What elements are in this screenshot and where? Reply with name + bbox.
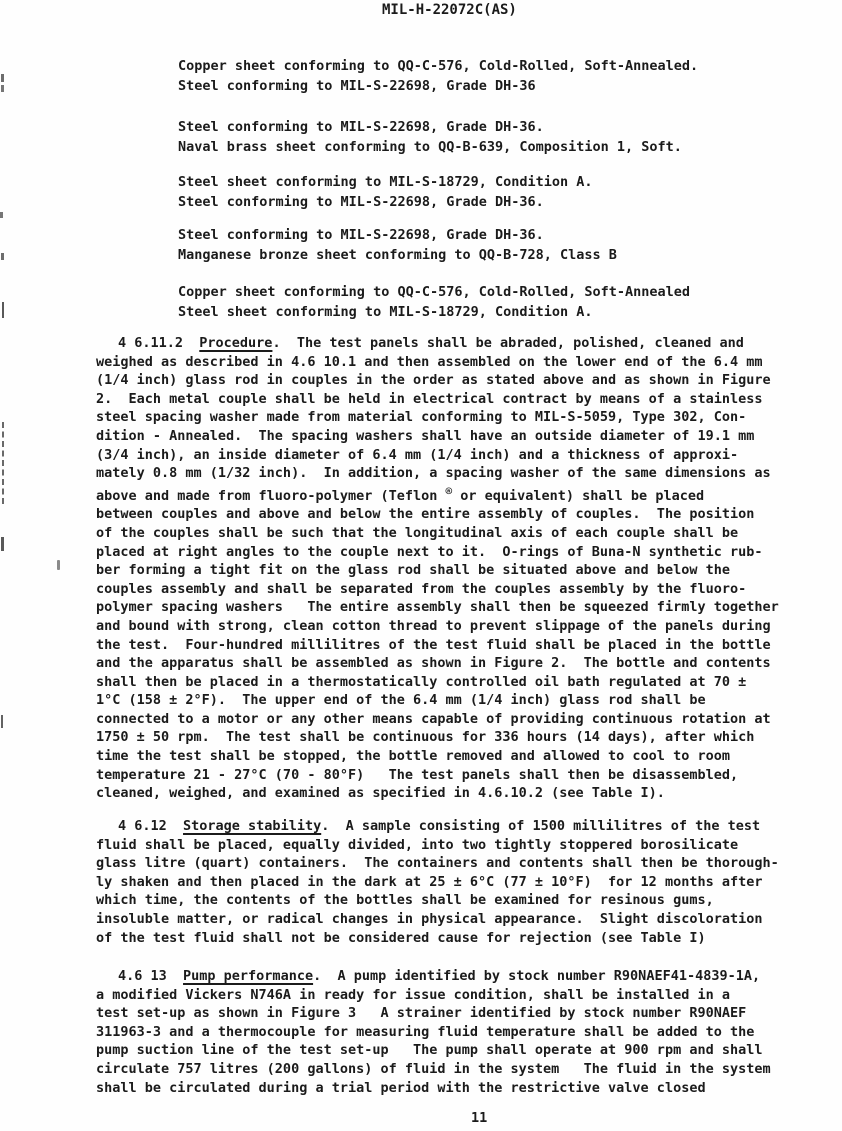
section-body: . A sample consisting of 1500 millilitre… [96, 818, 779, 946]
document-number-header: MIL-H-22072C(AS) [382, 2, 517, 18]
section-number: 4 6.12 [118, 818, 183, 834]
scan-artifact [1, 74, 4, 82]
scan-artifact [2, 422, 4, 504]
scan-artifact [1, 85, 4, 92]
material-line: Copper sheet conforming to QQ-C-576, Col… [178, 57, 698, 77]
section-title: Storage stability [183, 818, 321, 834]
material-line: Steel sheet conforming to MIL-S-18729, C… [178, 173, 593, 193]
section-number: 4.6 13 [118, 968, 183, 984]
section-storage-stability-paragraph: 4 6.12 Storage stability. A sample consi… [96, 817, 796, 947]
material-line: Steel conforming to MIL-S-22698, Grade D… [178, 193, 593, 213]
scan-artifact [57, 560, 60, 570]
material-line: Steel conforming to MIL-S-22698, Grade D… [178, 77, 698, 97]
document-page: MIL-H-22072C(AS) Copper sheet conforming… [0, 0, 842, 1131]
material-line: Manganese bronze sheet conforming to QQ-… [178, 246, 617, 266]
section-pump-performance-paragraph: 4.6 13 Pump performance. A pump identifi… [96, 967, 796, 1097]
material-couple-group-2: Steel conforming to MIL-S-22698, Grade D… [178, 118, 682, 157]
page-number: 11 [471, 1110, 487, 1126]
material-line: Steel conforming to MIL-S-22698, Grade D… [178, 226, 617, 246]
section-number: 4 6.11.2 [118, 335, 199, 351]
material-couple-group-1: Copper sheet conforming to QQ-C-576, Col… [178, 57, 698, 96]
scan-artifact [1, 253, 4, 260]
section-body: . The test panels shall be abraded, poli… [96, 335, 771, 504]
section-title: Pump performance [183, 968, 313, 984]
material-couple-group-4: Steel conforming to MIL-S-22698, Grade D… [178, 226, 617, 265]
scan-artifact [1, 715, 3, 728]
section-body: or equivalent) shall be placed between c… [96, 488, 779, 802]
material-line: Steel conforming to MIL-S-22698, Grade D… [178, 118, 682, 138]
scan-artifact [2, 302, 4, 318]
material-line: Naval brass sheet conforming to QQ-B-639… [178, 138, 682, 158]
section-body: . A pump identified by stock number R90N… [96, 968, 771, 1096]
material-couple-group-3: Steel sheet conforming to MIL-S-18729, C… [178, 173, 593, 212]
section-procedure-paragraph: 4 6.11.2 Procedure. The test panels shal… [96, 334, 796, 803]
material-couple-group-5: Copper sheet conforming to QQ-C-576, Col… [178, 283, 690, 322]
material-line: Copper sheet conforming to QQ-C-576, Col… [178, 283, 690, 303]
material-line: Steel sheet conforming to MIL-S-18729, C… [178, 303, 690, 323]
scan-artifact [0, 212, 3, 218]
scan-artifact [1, 537, 4, 551]
section-title: Procedure [199, 335, 272, 351]
